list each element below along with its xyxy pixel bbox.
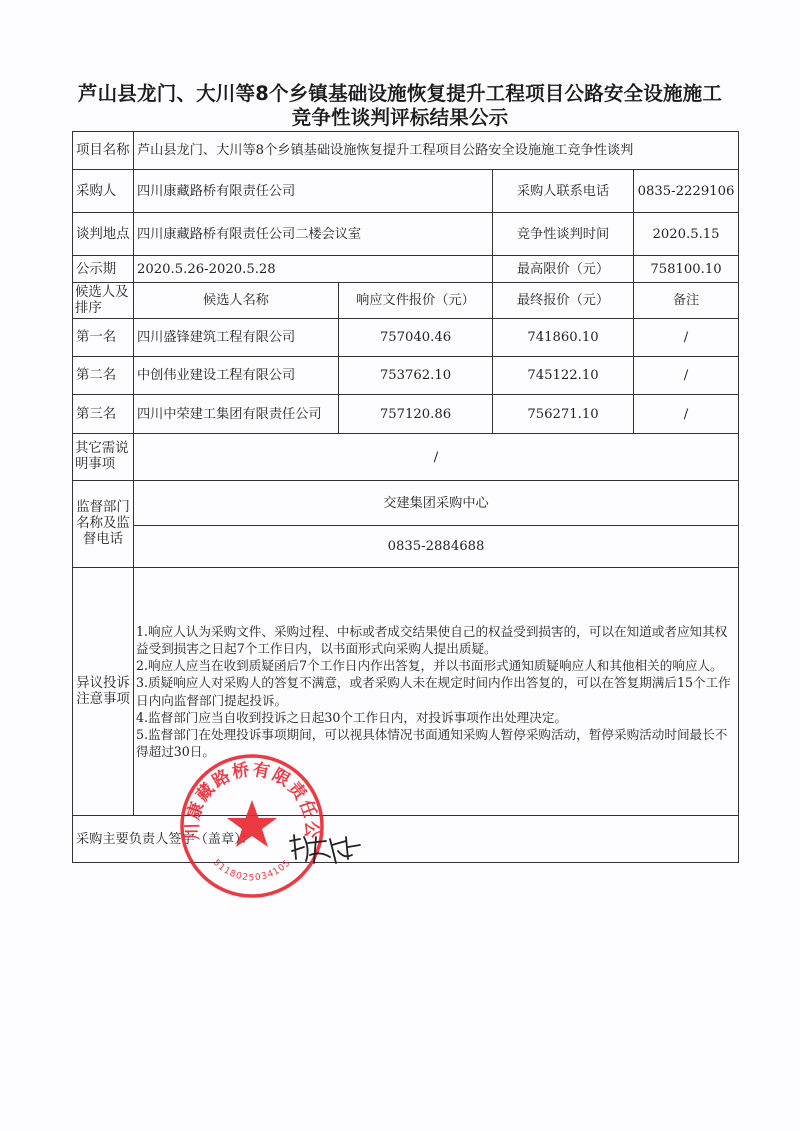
supervisor-label: 监督部门名称及监督电话 — [73, 481, 134, 568]
objection-item: 2.响应人应当在收到质疑函后7个工作日内作出答复，并以书面形式通知质疑响应人和其… — [136, 657, 736, 674]
row-supervisor-name: 监督部门名称及监督电话 交建集团采购中心 — [73, 481, 739, 526]
row-publicity: 公示期 2020.5.26-2020.5.28 最高限价（元） 758100.1… — [73, 256, 739, 283]
negotiation-time: 2020.5.15 — [634, 213, 739, 256]
publicity-label: 公示期 — [73, 256, 134, 283]
header-final: 最终报价（元） — [493, 283, 634, 319]
header-note: 备注 — [634, 283, 739, 319]
purchaser-phone-label: 采购人联系电话 — [493, 170, 634, 213]
negotiation-time-label: 竞争性谈判时间 — [493, 213, 634, 256]
candidate-note: / — [634, 357, 739, 395]
title-line-1: 芦山县龙门、大川等8个乡镇基础设施恢复提升工程项目公路安全设施施工 — [60, 82, 740, 106]
objection-label: 异议投诉注意事项 — [73, 568, 134, 816]
row-project: 项目名称 芦山县龙门、大川等8个乡镇基础设施恢复提升工程项目公路安全设施施工竞争… — [73, 132, 739, 170]
candidate-note: / — [634, 395, 739, 434]
candidate-final: 745122.10 — [493, 357, 634, 395]
objection-item: 5.监督部门在处理投诉事项期间，可以视具体情况书面通知采购人暂停采购活动，暂停采… — [136, 726, 736, 760]
header-bid: 响应文件报价（元） — [339, 283, 493, 319]
candidate-rank: 第二名 — [73, 357, 134, 395]
signature-label: 采购主要负责人签字（盖章）： — [73, 816, 739, 863]
objection-notes: 1.响应人认为采购文件、采购过程、中标或者成交结果使自己的权益受到损害的，可以在… — [134, 568, 739, 816]
candidate-row: 第一名 四川盛锋建筑工程有限公司 757040.46 741860.10 / — [73, 319, 739, 357]
purchaser-value: 四川康藏路桥有限责任公司 — [134, 170, 493, 213]
row-purchaser: 采购人 四川康藏路桥有限责任公司 采购人联系电话 0835-2229106 — [73, 170, 739, 213]
candidate-row: 第二名 中创伟业建设工程有限公司 753762.10 745122.10 / — [73, 357, 739, 395]
result-table-container: 项目名称 芦山县龙门、大川等8个乡镇基础设施恢复提升工程项目公路安全设施施工竞争… — [72, 131, 738, 863]
row-other: 其它需说明事项 / — [73, 434, 739, 481]
candidate-rank: 第三名 — [73, 395, 134, 434]
supervisor-phone: 0835-2884688 — [134, 526, 739, 568]
result-table: 项目名称 芦山县龙门、大川等8个乡镇基础设施恢复提升工程项目公路安全设施施工竞争… — [72, 131, 739, 863]
purchaser-phone: 0835-2229106 — [634, 170, 739, 213]
candidate-name: 四川中荣建工集团有限责任公司 — [134, 395, 339, 434]
publicity-value: 2020.5.26-2020.5.28 — [134, 256, 493, 283]
candidates-header-row: 候选人及排序 候选人名称 响应文件报价（元） 最终报价（元） 备注 — [73, 283, 739, 319]
candidate-note: / — [634, 319, 739, 357]
other-label: 其它需说明事项 — [73, 434, 134, 481]
header-name: 候选人名称 — [134, 283, 339, 319]
objection-item: 1.响应人认为采购文件、采购过程、中标或者成交结果使自己的权益受到损害的，可以在… — [136, 623, 736, 657]
candidate-bid: 757120.86 — [339, 395, 493, 434]
other-value: / — [134, 434, 739, 481]
max-price-label: 最高限价（元） — [493, 256, 634, 283]
candidate-row: 第三名 四川中荣建工集团有限责任公司 757120.86 756271.10 / — [73, 395, 739, 434]
candidate-name: 中创伟业建设工程有限公司 — [134, 357, 339, 395]
location-label: 谈判地点 — [73, 213, 134, 256]
row-signature: 采购主要负责人签字（盖章）： — [73, 816, 739, 863]
candidate-final: 756271.10 — [493, 395, 634, 434]
title-line-2: 竞争性谈判评标结果公示 — [60, 106, 740, 130]
max-price: 758100.10 — [634, 256, 739, 283]
header-rank: 候选人及排序 — [73, 283, 134, 319]
document-title: 芦山县龙门、大川等8个乡镇基础设施恢复提升工程项目公路安全设施施工 竞争性谈判评… — [60, 82, 740, 130]
candidate-bid: 753762.10 — [339, 357, 493, 395]
purchaser-label: 采购人 — [73, 170, 134, 213]
supervisor-name: 交建集团采购中心 — [134, 481, 739, 526]
candidate-bid: 757040.46 — [339, 319, 493, 357]
candidate-rank: 第一名 — [73, 319, 134, 357]
row-location: 谈判地点 四川康藏路桥有限责任公司二楼会议室 竞争性谈判时间 2020.5.15 — [73, 213, 739, 256]
project-value: 芦山县龙门、大川等8个乡镇基础设施恢复提升工程项目公路安全设施施工竞争性谈判 — [134, 132, 739, 170]
row-objection: 异议投诉注意事项 1.响应人认为采购文件、采购过程、中标或者成交结果使自己的权益… — [73, 568, 739, 816]
candidate-name: 四川盛锋建筑工程有限公司 — [134, 319, 339, 357]
objection-item: 3.质疑响应人对采购人的答复不满意，或者采购人未在规定时间内作出答复的，可以在答… — [136, 674, 736, 708]
candidate-final: 741860.10 — [493, 319, 634, 357]
project-label: 项目名称 — [73, 132, 134, 170]
location-value: 四川康藏路桥有限责任公司二楼会议室 — [134, 213, 493, 256]
row-supervisor-phone: 0835-2884688 — [73, 526, 739, 568]
objection-item: 4.监督部门应当自收到投诉之日起30个工作日内，对投诉事项作出处理决定。 — [136, 709, 736, 726]
